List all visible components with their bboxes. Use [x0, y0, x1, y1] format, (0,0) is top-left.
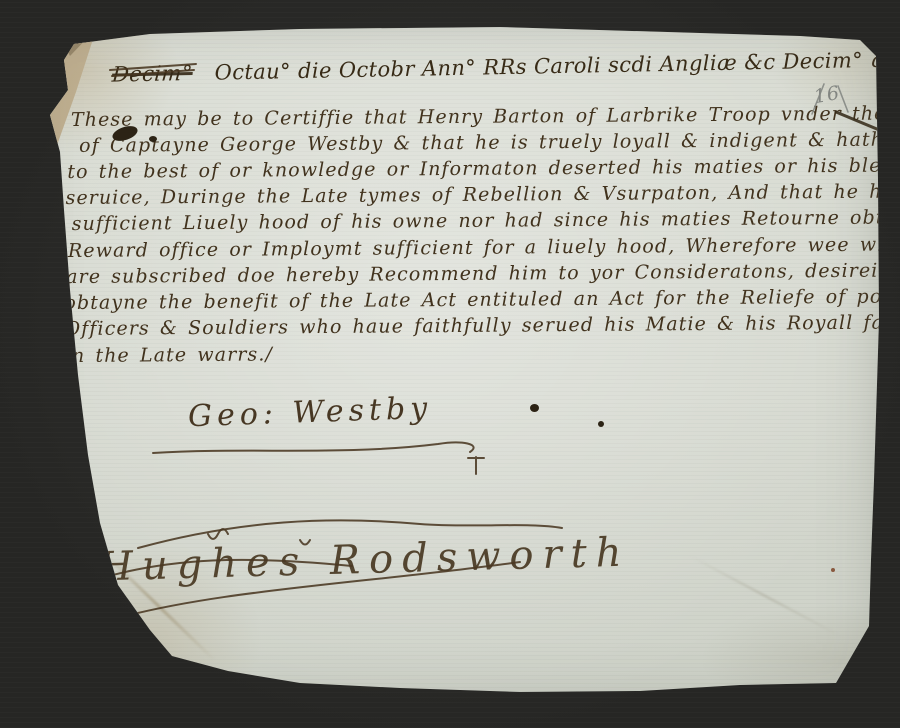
westby-paraph-mark — [468, 457, 484, 474]
body-line: seruice, Duringe the Late tymes of Rebel… — [65, 182, 900, 208]
ink-blot — [149, 136, 157, 142]
photograph-mount: Decim°Octau° die Octobr Ann° RRs Caroli … — [0, 0, 900, 728]
folio-number-pencil: 16 — [813, 84, 842, 107]
body-line: in the Late warrs./ — [65, 345, 273, 366]
westby-underline-flourish — [153, 442, 474, 453]
body-line: Reward office or Imploymt sufficient for… — [68, 235, 900, 261]
body-line: are subscribed doe hereby Recommend him … — [66, 261, 900, 287]
crease-line-bottom-left — [99, 548, 216, 661]
signature-flourished: Hughes Rodsworth — [98, 533, 631, 588]
torn-corner-tip — [0, 0, 900, 728]
body-line: obtayne the benefit of the Late Act enti… — [64, 287, 900, 313]
heading-date-line: Decim°Octau° die Octobr Ann° RRs Caroli … — [112, 47, 900, 85]
folded-corner-flap — [0, 0, 900, 728]
body-line: These may be to Certiffie that Henry Bar… — [71, 104, 900, 130]
ink-dot — [530, 404, 539, 412]
body-line: sufficient Liuely hood of his owne nor h… — [72, 208, 900, 234]
pen-flourishes-overlay — [0, 0, 900, 728]
signature-flourish-stroke — [104, 562, 520, 622]
paper-speck — [831, 568, 835, 572]
cancellation-strokes — [110, 64, 196, 76]
pencil-bracket-marks — [812, 84, 848, 114]
certificate-body: These may be to Certiffie that Henry Bar… — [0, 0, 900, 4]
signature-flourish-stroke — [88, 560, 352, 582]
body-line: to the best of or knowledge or Informato… — [67, 156, 900, 182]
signature-flourish-stroke — [138, 520, 562, 548]
struck-out-word: Decim° — [111, 63, 193, 86]
ink-dot — [598, 421, 604, 427]
body-line: Officers & Souldiers who haue faithfully… — [65, 313, 900, 339]
crease-line-bottom-right — [690, 555, 841, 637]
heading-text: Octau° die Octobr Ann° RRs Caroli scdi A… — [214, 45, 900, 84]
ink-blot — [111, 123, 140, 143]
signature-minim-marks — [208, 529, 310, 545]
signature-geo-westby: Geo: Westby — [188, 394, 433, 433]
body-line: of Captayne George Westby & that he is t… — [79, 130, 900, 156]
ink-stroke-right-edge — [836, 112, 884, 132]
manuscript-paper: Decim°Octau° die Octobr Ann° RRs Caroli … — [0, 0, 900, 728]
